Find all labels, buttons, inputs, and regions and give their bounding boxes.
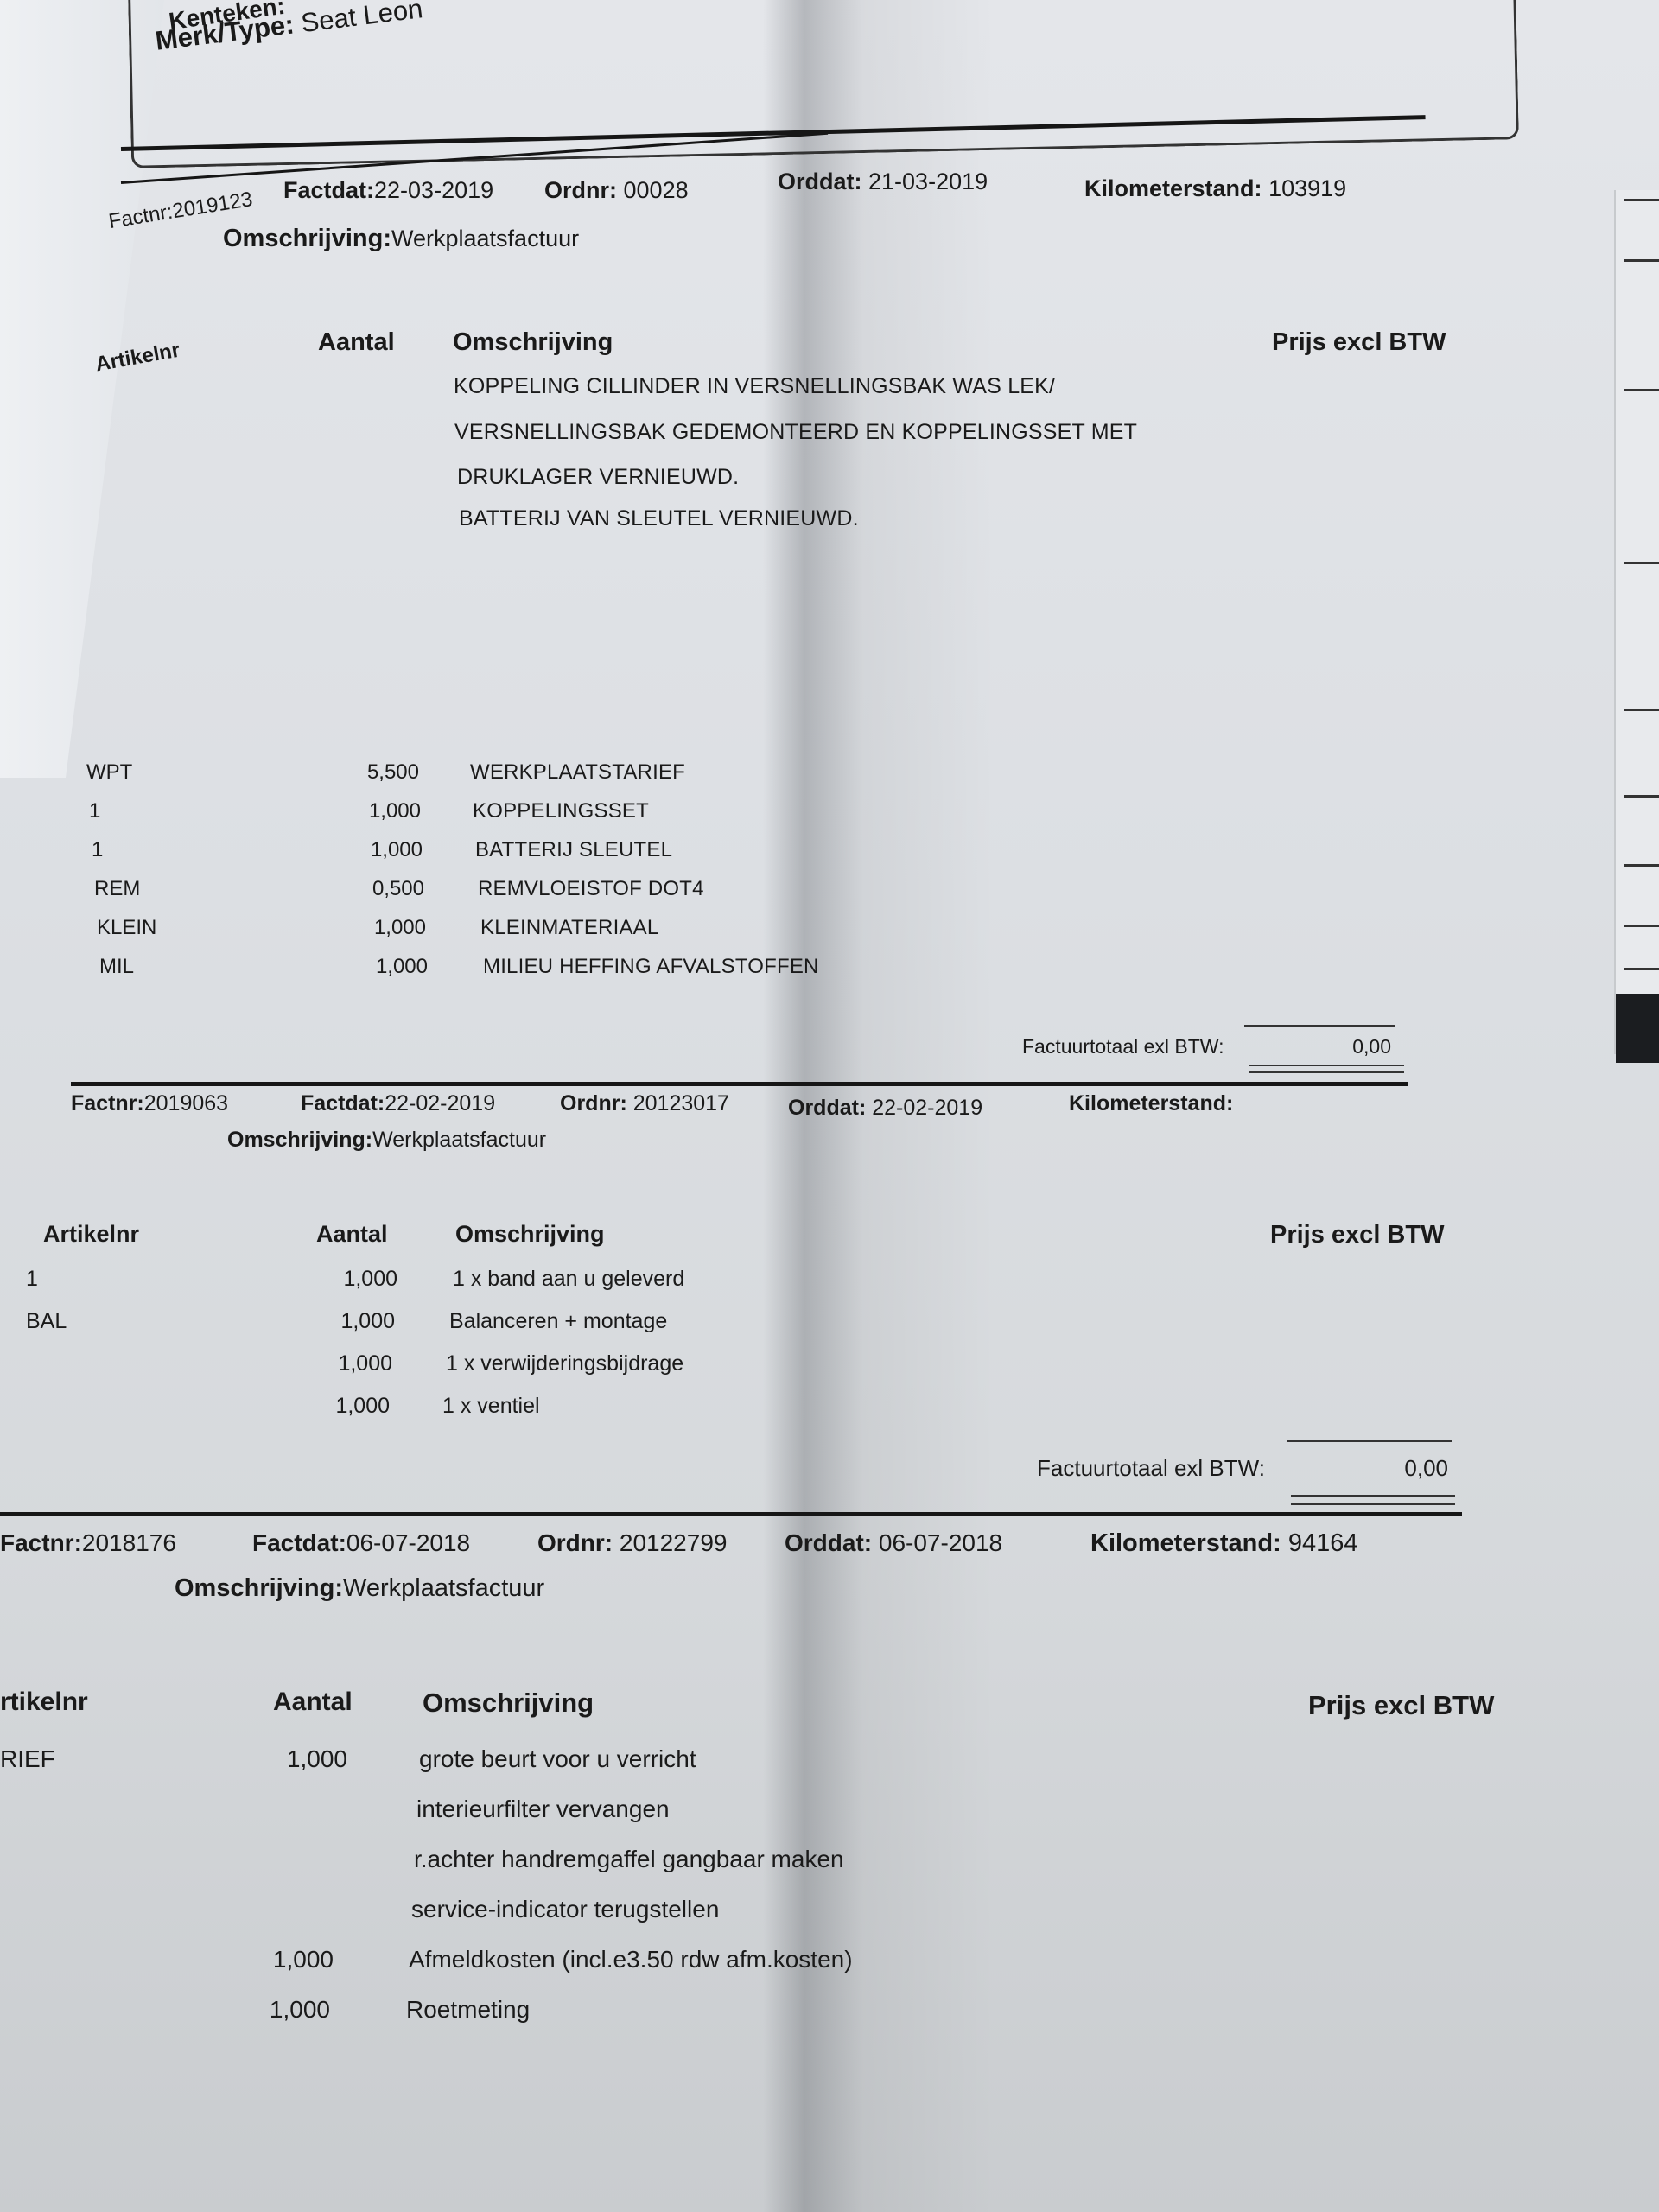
- invoice-2-ordnr: Ordnr: 20123017: [560, 1091, 729, 1116]
- invoice-2-omschrijving: Omschrijving:Werkplaatsfactuur: [227, 1128, 546, 1153]
- invoice-2-col-aantal: Aantal: [316, 1221, 388, 1248]
- invoice-1-total-double-rule: [1249, 1065, 1404, 1066]
- line-omschrijving: KOPPELINGSSET: [473, 799, 649, 823]
- line-aantal: 1,000: [302, 1267, 397, 1292]
- line-omschrijving: 1 x ventiel: [442, 1394, 540, 1419]
- invoice-3-col-aantal: Aantal: [273, 1688, 353, 1717]
- invoice-2-kilometerstand: Kilometerstand:: [1069, 1091, 1233, 1116]
- line-omschrijving: Roetmeting: [406, 1996, 530, 2024]
- line-aantal: 5,500: [324, 760, 419, 785]
- invoice-3-orddat: Orddat: 06-07-2018: [785, 1529, 1002, 1557]
- line-aantal: 1,000: [327, 838, 423, 862]
- invoice-2-total-double-rule: [1291, 1503, 1455, 1505]
- invoice-3-col-artikelnr: rtikelnr: [0, 1688, 88, 1717]
- invoice-1-col-prijs: Prijs excl BTW: [1272, 328, 1446, 357]
- invoice-3-factdat: Factdat:06-07-2018: [252, 1529, 470, 1557]
- invoice-1-note: DRUKLAGER VERNIEUWD.: [457, 465, 739, 490]
- invoice-2-col-artikelnr: Artikelnr: [43, 1221, 139, 1248]
- line-artikelnr: MIL: [99, 955, 134, 979]
- line-aantal: 1,000: [333, 955, 428, 979]
- invoice-2-total-rule: [1287, 1440, 1452, 1442]
- invoice-2-top-rule: [71, 1082, 1408, 1086]
- invoice-1-total-label: Factuurtotaal exl BTW:: [1022, 1035, 1224, 1058]
- line-artikelnr: KLEIN: [97, 916, 156, 940]
- right-underlying-sheet: [1614, 190, 1659, 1054]
- line-omschrijving: Afmeldkosten (incl.e3.50 rdw afm.kosten): [409, 1946, 853, 1974]
- invoice-3-ordnr: Ordnr: 20122799: [537, 1529, 727, 1557]
- line-omschrijving: MILIEU HEFFING AFVALSTOFFEN: [483, 955, 819, 979]
- invoice-1-note: VERSNELLINGSBAK GEDEMONTEERD EN KOPPELIN…: [454, 420, 1137, 445]
- line-omschrijving: grote beurt voor u verricht: [419, 1745, 696, 1773]
- invoice-2-total-label: Factuurtotaal exl BTW:: [1037, 1455, 1265, 1482]
- invoice-2-factdat: Factdat:22-02-2019: [301, 1091, 495, 1116]
- line-aantal: 0,500: [329, 877, 424, 901]
- invoice-1-total-double-rule: [1249, 1071, 1404, 1073]
- invoice-1-col-aantal: Aantal: [318, 328, 395, 357]
- line-omschrijving: service-indicator terugstellen: [411, 1896, 719, 1923]
- invoice-1-kilometerstand: Kilometerstand: 103919: [1084, 175, 1346, 202]
- line-aantal: 1,000: [235, 1996, 330, 2024]
- invoice-3-omschrijving: Omschrijving:Werkplaatsfactuur: [175, 1574, 544, 1603]
- invoice-1-ordnr: Ordnr: 00028: [544, 177, 689, 204]
- line-artikelnr: REM: [94, 877, 140, 901]
- line-aantal: 1,000: [300, 1309, 395, 1334]
- line-aantal: 1,000: [295, 1394, 390, 1419]
- line-artikelnr: 1: [26, 1267, 38, 1292]
- invoice-2-col-prijs: Prijs excl BTW: [1270, 1221, 1444, 1249]
- invoice-2-total-double-rule: [1291, 1495, 1455, 1497]
- invoice-1-orddat: Orddat: 21-03-2019: [778, 168, 988, 195]
- invoice-3-top-rule: [0, 1512, 1462, 1516]
- invoice-2-total-value: 0,00: [1331, 1455, 1448, 1482]
- line-omschrijving: Balanceren + montage: [449, 1309, 667, 1334]
- line-omschrijving: BATTERIJ SLEUTEL: [475, 838, 672, 862]
- invoice-1-factdat: Factdat:22-03-2019: [283, 177, 493, 204]
- invoice-1-total-value: 0,00: [1279, 1035, 1391, 1058]
- line-artikelnr: WPT: [86, 760, 132, 785]
- invoice-1-note: BATTERIJ VAN SLEUTEL VERNIEUWD.: [459, 506, 859, 531]
- line-omschrijving: r.achter handremgaffel gangbaar maken: [414, 1846, 844, 1873]
- line-aantal: 1,000: [331, 916, 426, 940]
- line-omschrijving: KLEINMATERIAAL: [480, 916, 658, 940]
- line-artikelnr: RIEF: [0, 1745, 55, 1773]
- invoice-3-col-prijs: Prijs excl BTW: [1308, 1690, 1494, 1721]
- invoice-1-note: KOPPELING CILLINDER IN VERSNELLINGSBAK W…: [454, 374, 1055, 399]
- line-aantal: 1,000: [326, 799, 421, 823]
- line-artikelnr: BAL: [26, 1309, 67, 1334]
- invoice-3-kilometerstand: Kilometerstand: 94164: [1090, 1529, 1357, 1558]
- line-omschrijving: interieurfilter vervangen: [416, 1796, 670, 1823]
- invoice-1-col-omschrijving: Omschrijving: [453, 328, 613, 357]
- line-omschrijving: REMVLOEISTOF DOT4: [478, 877, 704, 901]
- invoice-2-col-omschrijving: Omschrijving: [455, 1221, 605, 1248]
- line-artikelnr: 1: [89, 799, 100, 823]
- background-shadow: [1616, 994, 1659, 1063]
- invoice-2-orddat: Orddat: 22-02-2019: [788, 1096, 982, 1121]
- invoice-3-col-omschrijving: Omschrijving: [423, 1688, 594, 1719]
- line-omschrijving: WERKPLAATSTARIEF: [470, 760, 685, 785]
- line-artikelnr: 1: [92, 838, 103, 862]
- line-aantal: 1,000: [238, 1946, 334, 1974]
- invoice-3-factnr: Factnr:2018176: [0, 1529, 176, 1557]
- line-omschrijving: 1 x band aan u geleverd: [453, 1267, 684, 1292]
- line-aantal: 1,000: [252, 1745, 347, 1773]
- invoice-2-factnr: Factnr:2019063: [71, 1091, 228, 1116]
- line-omschrijving: 1 x verwijderingsbijdrage: [446, 1351, 683, 1376]
- line-aantal: 1,000: [297, 1351, 392, 1376]
- invoice-1-total-rule: [1244, 1025, 1395, 1027]
- invoice-1-omschrijving: Omschrijving:Werkplaatsfactuur: [223, 225, 579, 253]
